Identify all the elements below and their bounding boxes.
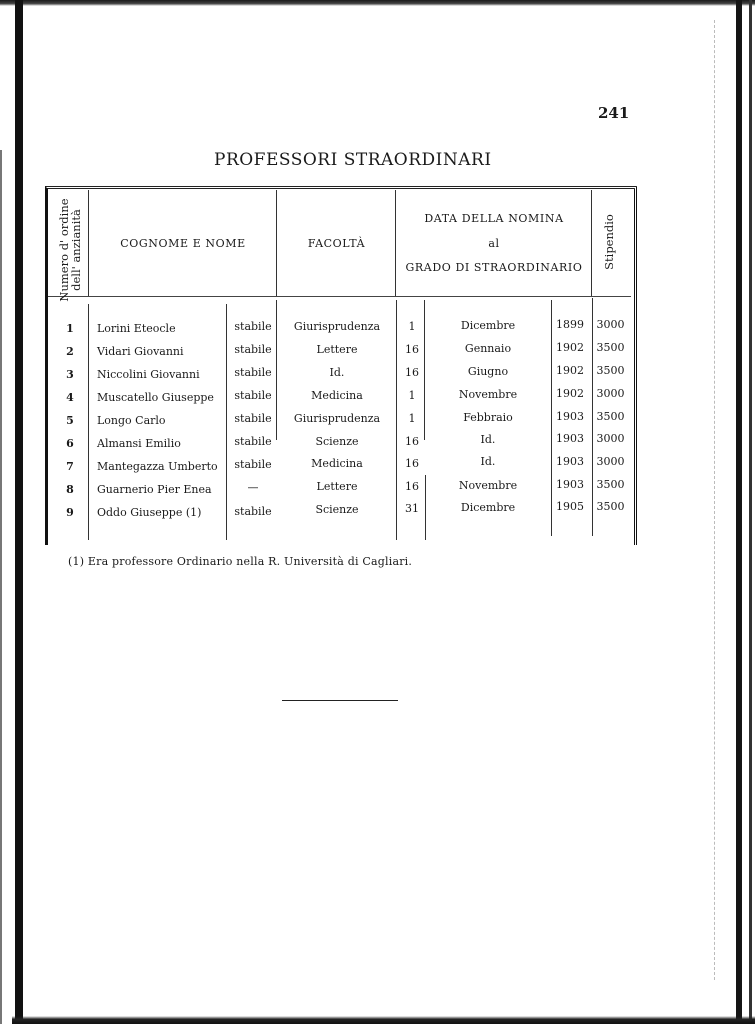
row-year: 1905: [549, 500, 591, 514]
row-salary: 3500: [592, 500, 629, 514]
row-number: 2: [52, 345, 88, 359]
header-date-line2: al: [397, 237, 591, 250]
row-salary: 3000: [592, 432, 629, 446]
header-divider-v: [591, 190, 592, 296]
row-day: 31: [398, 502, 426, 516]
page-edge-top: [0, 0, 755, 6]
header-divider: [48, 296, 631, 297]
row-day: 16: [398, 435, 426, 449]
row-year: 1902: [549, 387, 591, 401]
row-name: Lorini Eteocle: [97, 322, 176, 336]
row-number: 9: [52, 506, 88, 520]
header-name: COGNOME E NOME: [90, 237, 276, 250]
row-day: 16: [398, 480, 426, 494]
row-month: Febbraio: [426, 411, 550, 425]
row-month: Id.: [426, 455, 550, 469]
header-divider-v: [276, 190, 277, 296]
section-rule: [282, 700, 398, 701]
header-date-line1: DATA DELLA NOMINA: [397, 212, 591, 225]
row-number: 1: [52, 322, 88, 336]
row-status: —: [228, 481, 278, 495]
row-faculty: Lettere: [278, 343, 396, 357]
row-name: Almansi Emilio: [97, 437, 181, 451]
page-edge-right-speckle: [714, 20, 716, 980]
row-month: Id.: [426, 433, 550, 447]
footnote: (1) Era professore Ordinario nella R. Un…: [68, 555, 412, 568]
row-number: 7: [52, 460, 88, 474]
row-number: 8: [52, 483, 88, 497]
row-number: 6: [52, 437, 88, 451]
row-salary: 3000: [592, 318, 629, 332]
row-salary: 3500: [592, 478, 629, 492]
header-order-line2: dell' anzianità: [70, 198, 82, 302]
page-edge-right: [736, 0, 742, 1024]
row-status: stabile: [228, 343, 278, 357]
row-month: Giugno: [426, 365, 550, 379]
row-day: 1: [398, 389, 426, 403]
row-year: 1899: [549, 318, 591, 332]
row-month: Dicembre: [426, 319, 550, 333]
row-day: 16: [398, 457, 426, 471]
row-salary: 3000: [592, 387, 629, 401]
row-day: 1: [398, 320, 426, 334]
page-edge-left: [15, 0, 23, 1024]
header-faculty: FACOLTÀ: [278, 237, 395, 250]
row-name: Oddo Giuseppe (1): [97, 506, 201, 520]
header-divider-v: [395, 190, 396, 296]
row-year: 1902: [549, 341, 591, 355]
row-name: Mantegazza Umberto: [97, 460, 218, 474]
row-status: stabile: [228, 389, 278, 403]
row-faculty: Medicina: [278, 389, 396, 403]
page-number: 241: [598, 104, 629, 122]
row-number: 3: [52, 368, 88, 382]
row-year: 1902: [549, 364, 591, 378]
row-faculty: Medicina: [278, 457, 396, 471]
row-status: stabile: [228, 435, 278, 449]
page-title: PROFESSORI STRAORDINARI: [214, 150, 492, 170]
row-faculty: Scienze: [278, 503, 396, 517]
row-month: Dicembre: [426, 501, 550, 515]
row-status: stabile: [228, 366, 278, 380]
page-edge-bottom: [12, 1016, 755, 1024]
row-name: Guarnerio Pier Enea: [97, 483, 212, 497]
page-edge-right-outer: [749, 0, 752, 1024]
row-day: 16: [398, 366, 426, 380]
column-divider: [88, 304, 89, 540]
row-name: Muscatello Giuseppe: [97, 391, 214, 405]
row-name: Niccolini Giovanni: [97, 368, 200, 382]
row-faculty: Scienze: [278, 435, 396, 449]
row-faculty: Giurisprudenza: [278, 412, 396, 426]
row-year: 1903: [549, 432, 591, 446]
row-status: stabile: [228, 412, 278, 426]
row-salary: 3000: [592, 455, 629, 469]
row-month: Gennaio: [426, 342, 550, 356]
header-divider-v: [88, 190, 89, 296]
row-month: Novembre: [426, 479, 550, 493]
row-day: 1: [398, 412, 426, 426]
row-salary: 3500: [592, 364, 629, 378]
header-date-line3: GRADO DI STRAORDINARIO: [397, 261, 591, 274]
row-year: 1903: [549, 478, 591, 492]
row-day: 16: [398, 343, 426, 357]
row-month: Novembre: [426, 388, 550, 402]
row-status: stabile: [228, 505, 278, 519]
row-status: stabile: [228, 320, 278, 334]
row-name: Longo Carlo: [97, 414, 166, 428]
row-salary: 3500: [592, 410, 629, 424]
header-order: Numero d' ordine dell' anzianità: [58, 198, 82, 302]
row-faculty: Lettere: [278, 480, 396, 494]
row-faculty: Id.: [278, 366, 396, 380]
row-name: Vidari Giovanni: [97, 345, 184, 359]
row-year: 1903: [549, 410, 591, 424]
row-number: 4: [52, 391, 88, 405]
header-salary: Stipendio: [603, 210, 615, 274]
column-divider: [396, 300, 397, 540]
page-edge-left-outer: [0, 150, 2, 1024]
row-salary: 3500: [592, 341, 629, 355]
row-faculty: Giurisprudenza: [278, 320, 396, 334]
column-divider: [226, 304, 227, 540]
row-year: 1903: [549, 455, 591, 469]
row-status: stabile: [228, 458, 278, 472]
row-number: 5: [52, 414, 88, 428]
